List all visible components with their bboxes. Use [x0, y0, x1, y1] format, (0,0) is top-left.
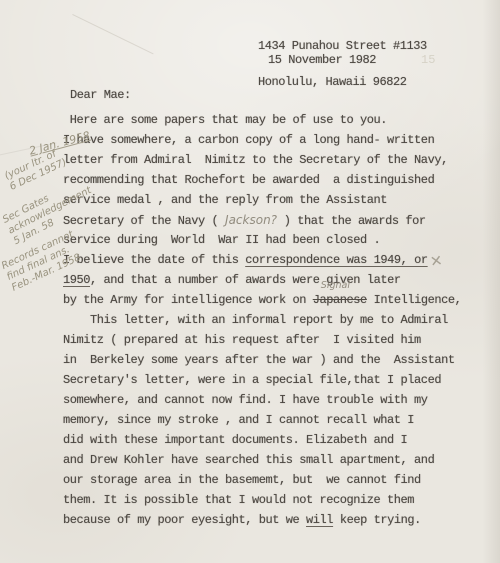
letter-line: This letter, with an informal report by … [63, 310, 461, 330]
letter-line: by the Army for intelligence work on Sig… [63, 290, 461, 310]
typed-text: recommending that Rochefort be awarded a… [63, 173, 434, 187]
typed-text: our storage area in the basememt, but we… [63, 473, 421, 487]
paper-crease [72, 0, 173, 54]
letter-body: Here are some papers that may be of use … [63, 110, 461, 530]
letter-line: Here are some papers that may be of use … [63, 110, 461, 130]
typed-text: service medal , and the reply from the A… [63, 193, 387, 207]
pencil-x-mark: ✕ [429, 251, 444, 271]
typed-text: Secretary of the Navy ( [63, 214, 225, 228]
typed-text: , and that a number of awards were given… [90, 273, 401, 287]
letter-line: 1950, and that a number of awards were g… [63, 270, 461, 290]
letter-line: I believe the date of this correspondenc… [63, 250, 461, 270]
letter-line: and Drew Kohler have searched this small… [63, 450, 461, 470]
typed-text: Intelligence, [367, 293, 462, 307]
typed-text: Nimitz ( prepared at his request after I… [63, 333, 421, 347]
typed-text: by the Army for intelligence work on [63, 293, 313, 307]
typed-text: correspondence was 1949, or [245, 253, 427, 267]
typed-text: Secretary's letter, were in a special fi… [63, 373, 441, 387]
address-line-1: 1434 Punahou Street #1133 [258, 40, 427, 52]
typed-text: Japanese [313, 293, 367, 307]
typed-text: did with these important documents. Eliz… [63, 433, 407, 447]
letter-line: them. It is possible that I would not re… [63, 490, 461, 510]
typed-text: letter from Admiral Nimitz to the Secret… [63, 153, 448, 167]
typed-text: will [306, 513, 333, 527]
typed-text: ) that the awards for [277, 214, 426, 228]
typed-text: 1950 [63, 273, 90, 287]
letter-line: memory, since my stroke , and I cannot r… [63, 410, 461, 430]
letter-line: letter from Admiral Nimitz to the Secret… [63, 150, 461, 170]
handwritten-correction: Signal [321, 281, 350, 290]
letter-page: 1434 Punahou Street #1133 Honolulu, Hawa… [0, 0, 500, 563]
letter-line: recommending that Rochefort be awarded a… [63, 170, 461, 190]
typed-text: I believe the date of this [63, 253, 245, 267]
letter-line: because of my poor eyesight, but we will… [63, 510, 461, 530]
letter-line: did with these important documents. Eliz… [63, 430, 461, 450]
typed-text: service during World War II had been clo… [63, 233, 380, 247]
typed-text: memory, since my stroke , and I cannot r… [63, 413, 414, 427]
handwritten-insertion: Jackson? [225, 213, 277, 227]
typed-text: and Drew Kohler have searched this small… [63, 453, 434, 467]
typed-text: somewhere, and cannot now find. I have t… [63, 393, 428, 407]
typed-text: Here are some papers that may be of use … [63, 113, 387, 127]
letter-line: Nimitz ( prepared at his request after I… [63, 330, 461, 350]
typed-text: in Berkeley some years after the war ) a… [63, 353, 455, 367]
letter-line: somewhere, and cannot now find. I have t… [63, 390, 461, 410]
letter-line: service medal , and the reply from the A… [63, 190, 461, 210]
faint-page-number: 15 [421, 53, 435, 67]
corrected-word: SignalJapanese [313, 290, 367, 310]
letter-line: in Berkeley some years after the war ) a… [63, 350, 461, 370]
typed-text: I have somewhere, a carbon copy of a lon… [63, 133, 434, 147]
letter-line: Secretary's letter, were in a special fi… [63, 370, 461, 390]
letter-date: 15 November 1982 [268, 53, 376, 67]
salutation: Dear Mae: [70, 88, 131, 102]
typed-text: This letter, with an informal report by … [63, 313, 448, 327]
typed-text: them. It is possible that I would not re… [63, 493, 414, 507]
typed-text: because of my poor eyesight, but we [63, 513, 306, 527]
letter-line: service during World War II had been clo… [63, 230, 461, 250]
letter-line: I have somewhere, a carbon copy of a lon… [63, 130, 461, 150]
address-line-2: Honolulu, Hawaii 96822 [258, 76, 427, 88]
typed-text: keep trying. [333, 513, 421, 527]
letter-line: Secretary of the Navy ( Jackson? ) that … [63, 210, 461, 230]
letter-line: our storage area in the basememt, but we… [63, 470, 461, 490]
